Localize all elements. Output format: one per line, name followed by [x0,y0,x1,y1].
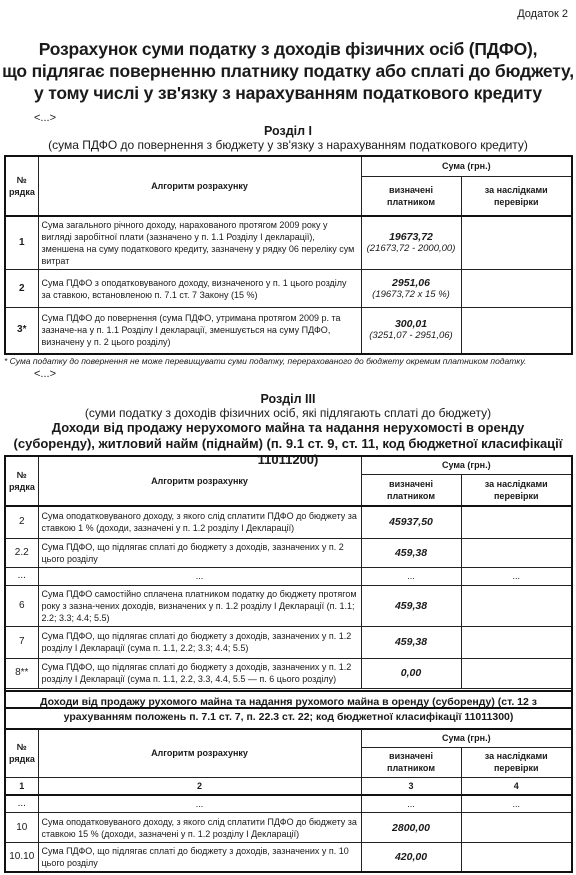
column-number: 4 [461,777,572,795]
title-line: Розрахунок суми податку з доходів фізичн… [0,38,576,60]
row-text: Сума оподатковуваного доходу, з якого сл… [38,506,361,538]
row-number: 1 [5,216,38,270]
table-row: 3* Сума ПДФО до повернення (сума ПДФО, у… [5,308,572,354]
row-audit [461,843,572,873]
section1-heading: Розділ І (сума ПДФО до повернення з бюдж… [0,124,576,152]
table-row: ... ... ... ... [5,567,572,585]
row-text: ... [38,567,361,585]
header-row-no: № рядка [5,456,38,506]
section3-title: Розділ ІІІ [261,392,316,406]
header-row-no: № рядка [5,729,38,777]
row-audit: ... [461,795,572,813]
row-audit [461,270,572,308]
row-text: Сума ПДФО, що підлягає сплаті до бюджету… [38,538,361,567]
row-audit [461,626,572,658]
row-number: 2 [5,270,38,308]
title-line: що підлягає поверненню платнику податку … [0,60,576,82]
section3-table: № рядка Алгоритм розрахунку Сума (грн.) … [4,455,573,709]
section1-subtitle: (сума ПДФО до повернення з бюджету у зв'… [48,138,528,152]
row-number: ... [5,567,38,585]
row-audit [461,308,572,354]
header-algorithm: Алгоритм розрахунку [38,729,361,777]
header-row-no: № рядка [5,156,38,216]
row-number: 10 [5,813,38,843]
header-by-audit: за наслідками перевірки [461,747,572,777]
table-row: 2 Сума ПДФО з оподатковуваного доходу, в… [5,270,572,308]
header-sum: Сума (грн.) [361,456,572,474]
header-by-payer: визначені платником [361,176,461,216]
omission-mark: <...> [34,368,56,380]
row-number: 2.2 [5,538,38,567]
table-row: 6 Сума ПДФО самостійно сплачена платнико… [5,585,572,626]
column-number: 2 [38,777,361,795]
row-audit [461,585,572,626]
movable-property-table: Доходи від продажу рухомого майна та над… [4,690,573,873]
row-number: 10.10 [5,843,38,873]
row-text: Сума загального річного доходу, нарахова… [38,216,361,270]
row-value: 0,00 [361,658,461,688]
row-number: 6 [5,585,38,626]
section1-footnote: * Сума податку до повернення не може пер… [4,356,526,366]
row-audit [461,506,572,538]
table-row: 7 Сума ПДФО, що підлягає сплаті до бюдже… [5,626,572,658]
row-text: Сума ПДФО до повернення (сума ПДФО, утри… [38,308,361,354]
table-row: 2.2 Сума ПДФО, що підлягає сплаті до бюд… [5,538,572,567]
row-audit [461,538,572,567]
row-audit [461,813,572,843]
table-row: 10.10 Сума ПДФО, що підлягає сплаті до б… [5,843,572,873]
row-text: Сума ПДФО самостійно сплачена платником … [38,585,361,626]
header-sum: Сума (грн.) [361,729,572,747]
row-value: 2951,06(19673,72 х 15 %) [361,270,461,308]
movable-property-heading: Доходи від продажу рухомого майна та над… [5,691,572,729]
row-text: Сума ПДФО з оподатковуваного доходу, виз… [38,270,361,308]
row-text: Сума оподатковуваного доходу, з якого сл… [38,813,361,843]
table-row: ... ... ... ... [5,795,572,813]
section1-title: Розділ І [264,124,312,138]
row-text: Сума ПДФО, що підлягає сплаті до бюджету… [38,658,361,688]
row-value: 459,38 [361,585,461,626]
row-text: ... [38,795,361,813]
column-number: 1 [5,777,38,795]
table-row: 10 Сума оподатковуваного доходу, з якого… [5,813,572,843]
row-number: 2 [5,506,38,538]
header-algorithm: Алгоритм розрахунку [38,456,361,506]
addendum-label: Додаток 2 [517,8,568,20]
row-audit [461,658,572,688]
row-formula: (3251,07 - 2951,06) [365,330,458,342]
row-number: ... [5,795,38,813]
row-number: 3* [5,308,38,354]
row-audit: ... [461,567,572,585]
row-value: 300,01(3251,07 - 2951,06) [361,308,461,354]
header-sum: Сума (грн.) [361,156,572,176]
row-formula: (21673,72 - 2000,00) [365,243,458,255]
table-row: 1 Сума загального річного доходу, нарахо… [5,216,572,270]
header-by-audit: за наслідками перевірки [461,176,572,216]
section3-heading: Розділ ІІІ (суми податку з доходів фізич… [0,392,576,420]
row-value: ... [361,795,461,813]
row-number: 8** [5,658,38,688]
section3-subtitle: (суми податку з доходів фізичних осіб, я… [85,406,491,420]
row-number: 7 [5,626,38,658]
table-row: 8** Сума ПДФО, що підлягає сплаті до бюд… [5,658,572,688]
title-line: у тому числі у зв'язку з нарахуванням по… [0,82,576,104]
row-text: Сума ПДФО, що підлягає сплаті до бюджету… [38,626,361,658]
row-text: Сума ПДФО, що підлягає сплаті до бюджету… [38,843,361,873]
column-number-row: 1 2 3 4 [5,777,572,795]
header-by-payer: визначені платником [361,747,461,777]
row-value: ... [361,567,461,585]
row-value: 2800,00 [361,813,461,843]
header-algorithm: Алгоритм розрахунку [38,156,361,216]
row-value: 459,38 [361,538,461,567]
table-row: 2 Сума оподатковуваного доходу, з якого … [5,506,572,538]
omission-mark: <...> [34,112,56,124]
header-by-payer: визначені платником [361,474,461,506]
row-value: 45937,50 [361,506,461,538]
document-title: Розрахунок суми податку з доходів фізичн… [0,38,576,104]
row-audit [461,216,572,270]
header-by-audit: за наслідками перевірки [461,474,572,506]
row-value: 459,38 [361,626,461,658]
row-value: 19673,72(21673,72 - 2000,00) [361,216,461,270]
column-number: 3 [361,777,461,795]
row-formula: (19673,72 х 15 %) [365,289,458,301]
row-value: 420,00 [361,843,461,873]
section1-table: № рядка Алгоритм розрахунку Сума (грн.) … [4,155,573,355]
